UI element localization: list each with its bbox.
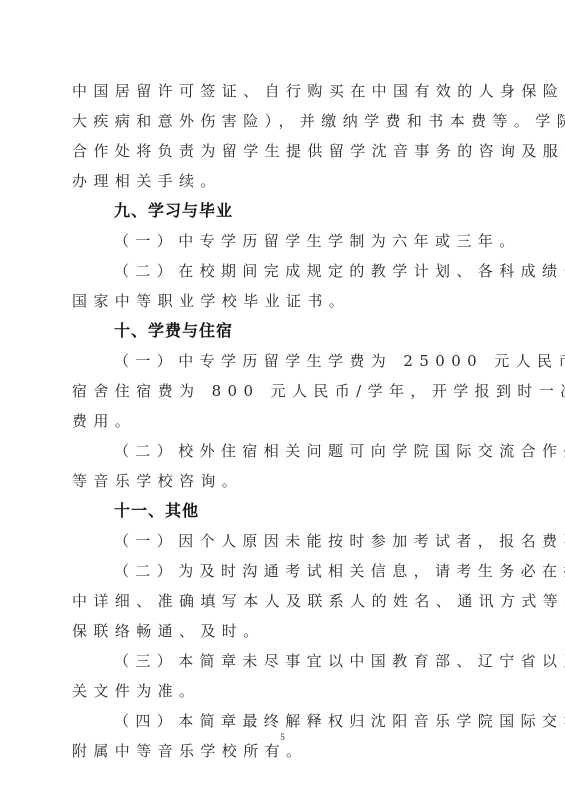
body-line: 关文件为准。 xyxy=(72,676,502,706)
body-line: 中国居留许可签证、自行购买在中国有效的人身保险（须包含重 xyxy=(72,76,502,106)
section-heading-other: 十一、其他 xyxy=(72,496,502,526)
section-heading-study-graduation: 九、学习与毕业 xyxy=(72,196,502,226)
body-line: 费用。 xyxy=(72,406,502,436)
paragraph-line: （二）校外住宿相关问题可向学院国际交流合作处和附属中 xyxy=(72,436,502,466)
section-heading-tuition-housing: 十、学费与住宿 xyxy=(72,316,502,346)
paragraph-line: （一）中专学历留学生学费为 25000 元人民币/学年，学校 xyxy=(72,346,502,376)
paragraph-line: （二）为及时沟通考试相关信息，请考生务必在报名申请表 xyxy=(72,556,502,586)
body-line: 办理相关手续。 xyxy=(72,166,502,196)
paragraph-line: （一）中专学历留学生学制为六年或三年。 xyxy=(72,226,502,256)
body-line: 合作处将负责为留学生提供留学沈音事务的咨询及服务，并协助 xyxy=(72,136,502,166)
body-line: 大疾病和意外伤害险），并缴纳学费和书本费等。学院国际交流 xyxy=(72,106,502,136)
body-line: 等音乐学校咨询。 xyxy=(72,466,502,496)
body-line: 中详细、准确填写本人及联系人的姓名、通讯方式等信息，以确 xyxy=(72,586,502,616)
document-page: 中国居留许可签证、自行购买在中国有效的人身保险（须包含重 大疾病和意外伤害险），… xyxy=(72,76,502,766)
body-line: 保联络畅通、及时。 xyxy=(72,616,502,646)
paragraph-line: （一）因个人原因未能按时参加考试者，报名费不予退还。 xyxy=(72,526,502,556)
page-number: 5 xyxy=(0,732,565,742)
body-line: 宿舍住宿费为 800 元人民币/学年，开学报到时一次性缴清全年 xyxy=(72,376,502,406)
body-line: 国家中等职业学校毕业证书。 xyxy=(72,286,502,316)
paragraph-line: （三）本简章未尽事宜以中国教育部、辽宁省以及学院的相 xyxy=(72,646,502,676)
paragraph-line: （二）在校期间完成规定的教学计划、各科成绩合格，颁发 xyxy=(72,256,502,286)
